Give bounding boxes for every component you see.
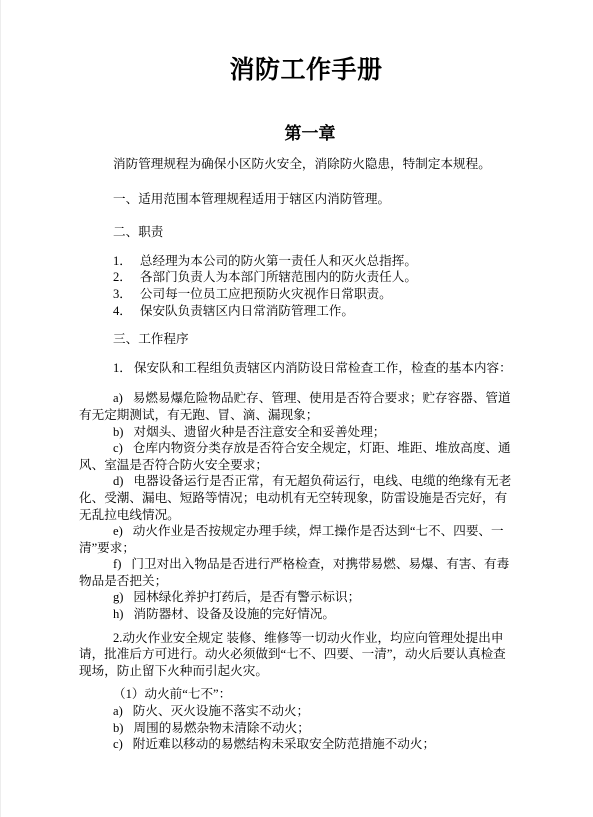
- list-item: c)仓库内物资分类存放是否符合安全规定，灯距、堆距、堆放高度、通风、室温是否符合…: [79, 440, 513, 473]
- list-item-text: 动火作业是否按规定办理手续，焊工操作是否达到“七不、四要、一清”要求；: [79, 524, 504, 555]
- list-item: g)园林绿化养护打药后，是否有警示标识；: [79, 589, 513, 606]
- list-item: b)对烟头、遗留火种是否注意安全和妥善处理；: [79, 424, 513, 441]
- list-item: h)消防器材、设备及设施的完好情况。: [79, 606, 513, 623]
- list-item: 2．各部门负责人为本部门所辖范围内的防火责任人。: [79, 269, 513, 286]
- list-item: 3．公司每一位员工应把预防火灾视作日常职责。: [79, 286, 513, 303]
- list-item-marker: a): [113, 391, 123, 405]
- list-item: 1．总经理为本公司的防火第一责任人和灭火总指挥。: [79, 253, 513, 270]
- list-item-text: 公司每一位员工应把预防火灾视作日常职责。: [140, 287, 392, 301]
- list-item-text: 消防器材、设备及设施的完好情况。: [134, 607, 336, 621]
- inspection-list: a)易燃易爆危险物品贮存、管理、使用是否符合要求；贮存容器、管道有无定期测试，有…: [79, 390, 513, 622]
- list-item-marker: g): [113, 590, 124, 604]
- list-item-marker: c): [113, 441, 123, 455]
- list-item-marker: 1．: [113, 361, 132, 375]
- list-item-text: 门卫对出入物品是否进行严格检查，对携带易燃、易爆、有害、有毒物品是否把关；: [79, 557, 509, 588]
- list-item-text: 保安队和工程组负责辖区内消防设日常检查工作，检查的基本内容：: [134, 361, 512, 375]
- list-item-marker: e): [113, 524, 123, 538]
- list-item-text: 对烟头、遗留火种是否注意安全和妥善处理；: [134, 425, 386, 439]
- list-item-text: 仓库内物资分类存放是否符合安全规定，灯距、堆距、堆放高度、通风、室温是否符合防火…: [79, 441, 511, 472]
- hotwork-paragraph: 2.动火作业安全规定 装修、维修等一切动火作业，均应向管理处提出申请，批准后方可…: [79, 630, 513, 680]
- list-item-text: 总经理为本公司的防火第一责任人和灭火总指挥。: [140, 254, 417, 268]
- list-item-marker: a): [113, 704, 123, 718]
- list-item-text: 易燃易爆危险物品贮存、管理、使用是否符合要求；贮存容器、管道有无定期测试，有无跑…: [79, 391, 511, 422]
- list-item-marker: b): [113, 425, 124, 439]
- list-item: d)电器设备运行是否正常，有无超负荷运行，电线、电缆的绝缘有无老化、受潮、漏电、…: [79, 473, 513, 523]
- list-item-marker: h): [113, 607, 124, 621]
- list-item: c)附近难以移动的易燃结构未采取安全防范措施不动火；: [79, 736, 513, 753]
- list-item: a)防火、灭火设施不落实不动火；: [79, 703, 513, 720]
- duties-list: 1．总经理为本公司的防火第一责任人和灭火总指挥。 2．各部门负责人为本部门所辖范…: [79, 253, 513, 319]
- list-item: a)易燃易爆危险物品贮存、管理、使用是否符合要求；贮存容器、管道有无定期测试，有…: [79, 390, 513, 423]
- list-item-marker: c): [113, 737, 123, 751]
- list-item-marker: 4．: [113, 304, 132, 318]
- list-item-text: 保安队负责辖区内日常消防管理工作。: [140, 304, 354, 318]
- document-page: 消防工作手册 第一章 消防管理规程为确保小区防火安全，消除防火隐患，特制定本规程…: [0, 0, 593, 817]
- list-item-text: 电器设备运行是否正常，有无超负荷运行，电线、电缆的绝缘有无老化、受潮、漏电、短路…: [79, 474, 511, 521]
- procedure-heading: 三、工作程序: [79, 331, 513, 348]
- inspection-intro: 1．保安队和工程组负责辖区内消防设日常检查工作，检查的基本内容：: [79, 360, 513, 377]
- list-item-text: 周围的易燃杂物未清除不动火；: [134, 721, 310, 735]
- list-item-text: 防火、灭火设施不落实不动火；: [133, 704, 309, 718]
- chapter-heading: 第一章: [79, 124, 513, 144]
- list-item-marker: 2．: [113, 270, 132, 284]
- intro-paragraph: 消防管理规程为确保小区防火安全，消除防火隐患，特制定本规程。: [79, 156, 513, 173]
- list-item-marker: 1．: [113, 254, 132, 268]
- list-item-marker: f): [113, 557, 121, 571]
- list-item: 4．保安队负责辖区内日常消防管理工作。: [79, 303, 513, 320]
- list-item-marker: d): [113, 474, 124, 488]
- seven-nos-heading: （1）动火前“七不”：: [79, 686, 513, 703]
- list-item-text: 附近难以移动的易燃结构未采取安全防范措施不动火；: [133, 737, 435, 751]
- list-item-marker: b): [113, 721, 124, 735]
- seven-nos-list: a)防火、灭火设施不落实不动火； b)周围的易燃杂物未清除不动火； c)附近难以…: [79, 703, 513, 753]
- list-item: f)门卫对出入物品是否进行严格检查，对携带易燃、易爆、有害、有毒物品是否把关；: [79, 556, 513, 589]
- list-item-marker: 3．: [113, 287, 132, 301]
- list-item: b)周围的易燃杂物未清除不动火；: [79, 720, 513, 737]
- list-item: e)动火作业是否按规定办理手续，焊工操作是否达到“七不、四要、一清”要求；: [79, 523, 513, 556]
- document-title: 消防工作手册: [79, 56, 513, 86]
- list-item-text: 各部门负责人为本部门所辖范围内的防火责任人。: [140, 270, 417, 284]
- duties-heading: 二、职责: [79, 224, 513, 241]
- list-item-text: 园林绿化养护打药后，是否有警示标识；: [134, 590, 361, 604]
- scope-paragraph: 一、适用范围本管理规程适用于辖区内消防管理。: [79, 191, 513, 208]
